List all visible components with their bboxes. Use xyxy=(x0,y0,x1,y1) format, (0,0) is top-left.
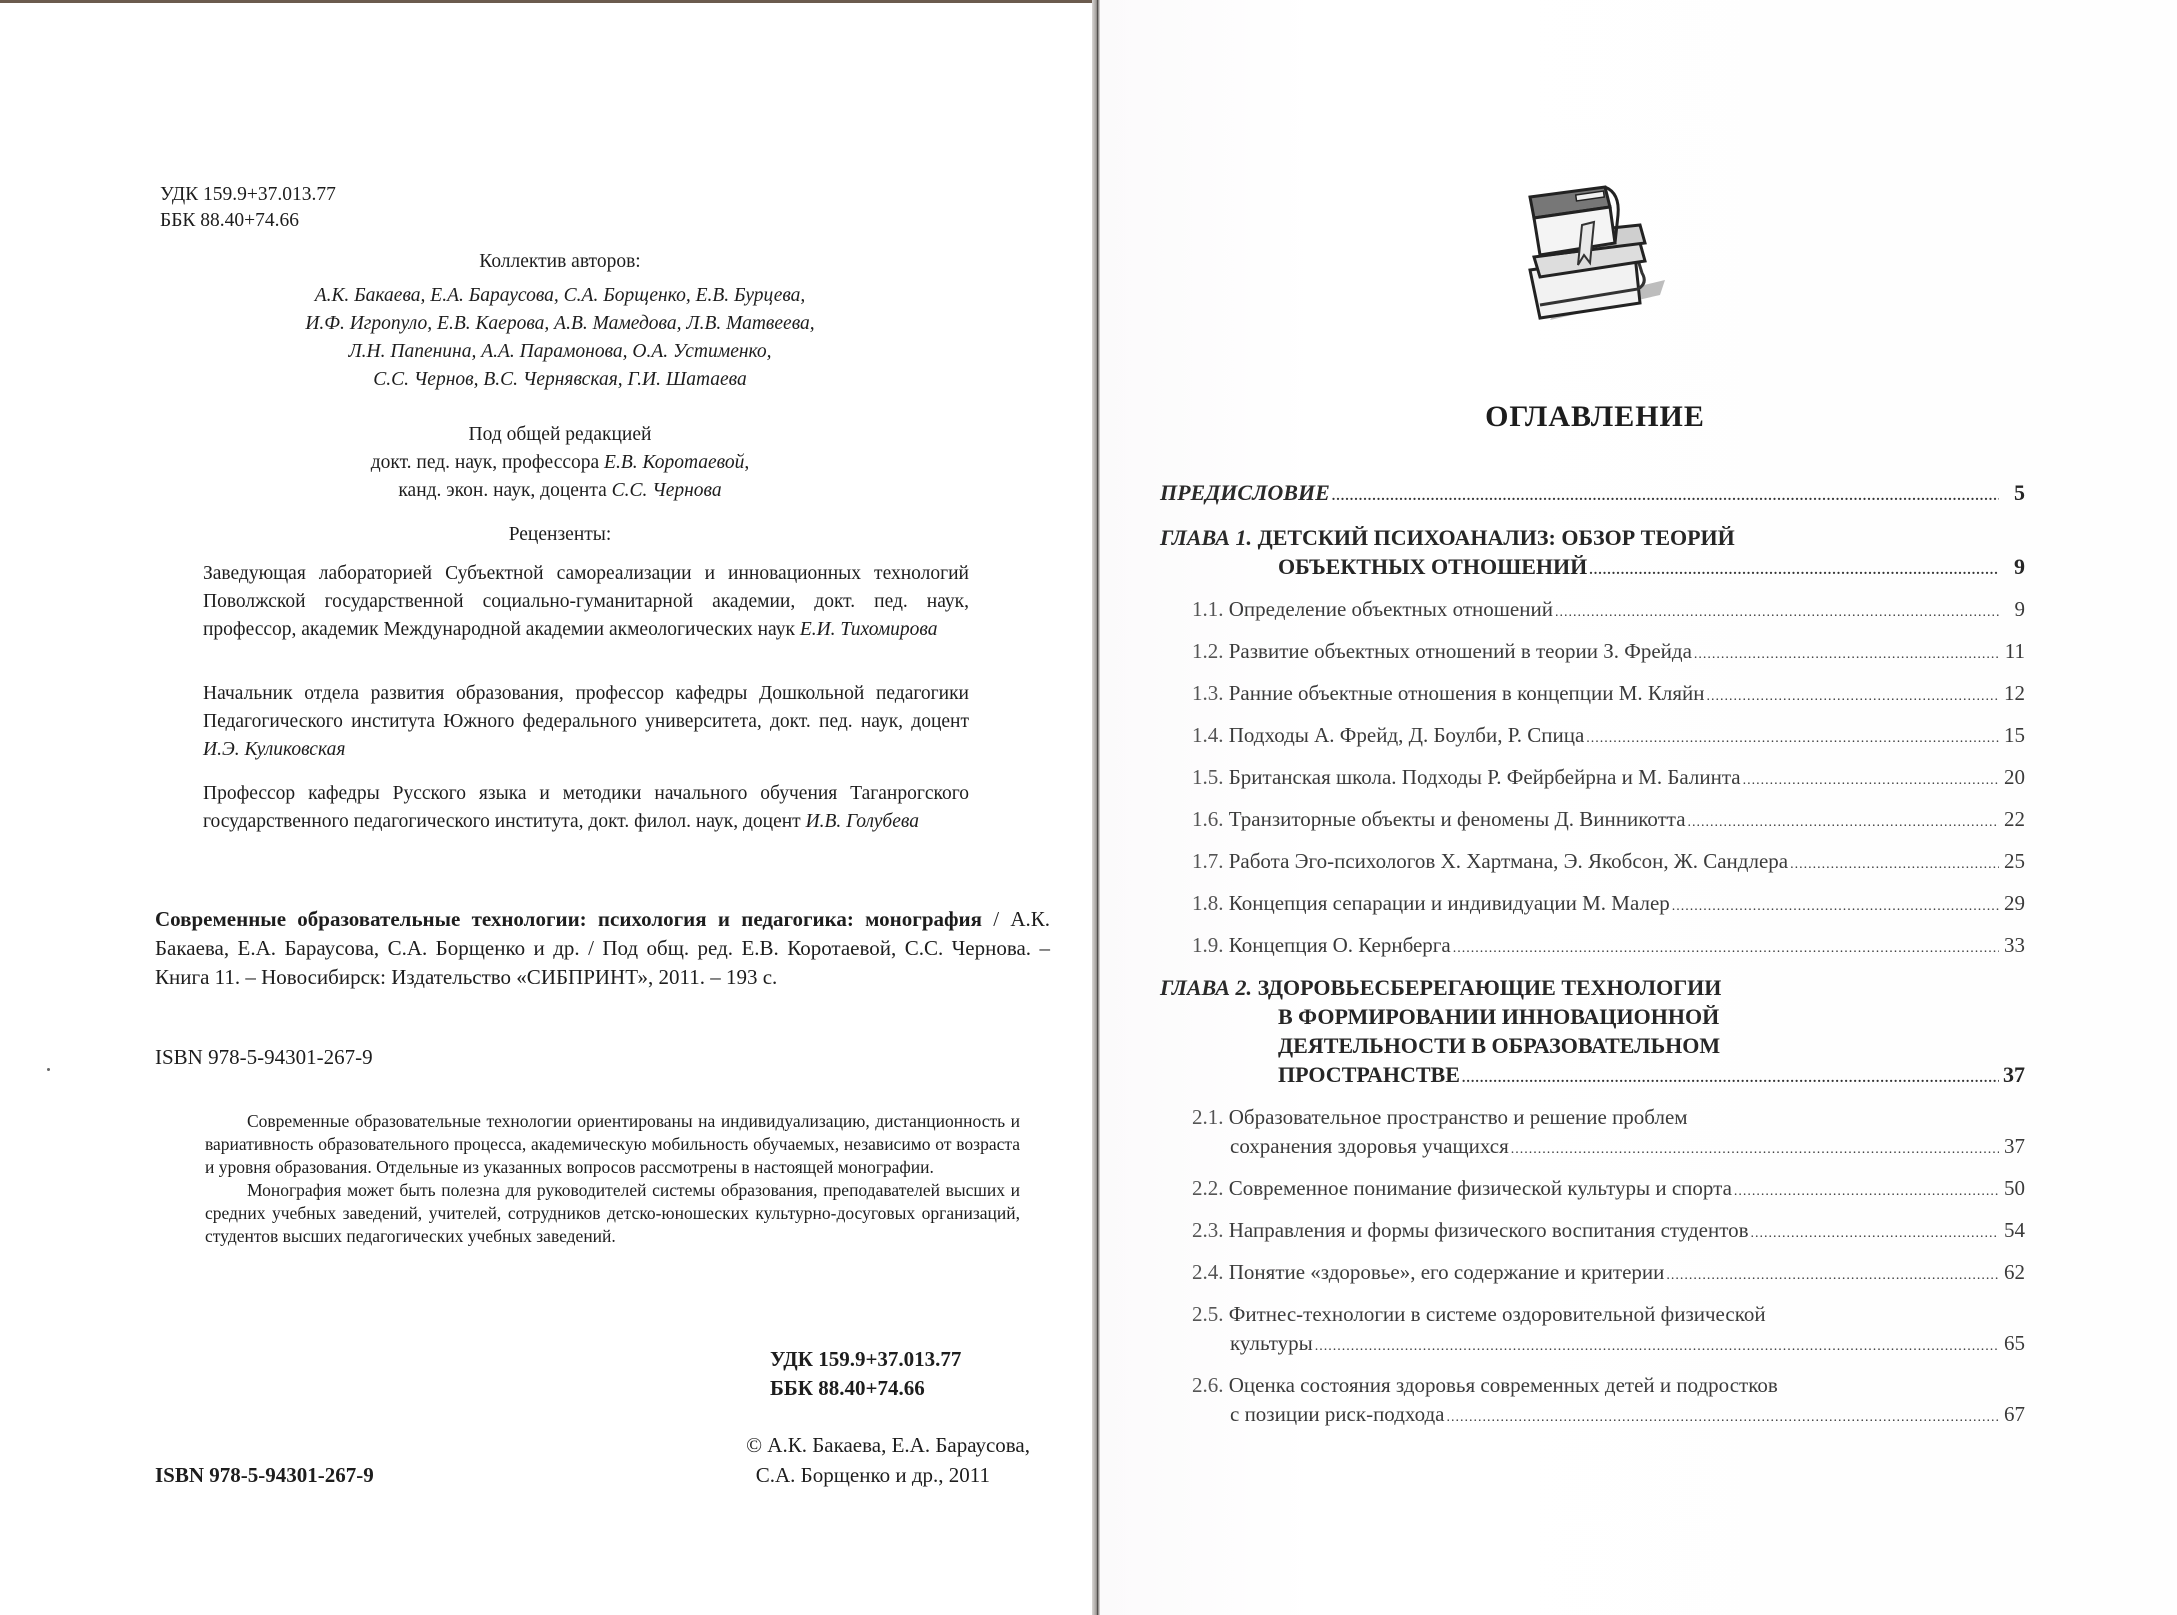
authors-label: Коллектив авторов: xyxy=(160,248,960,276)
scan-speck xyxy=(47,1068,50,1071)
toc-entry[interactable]: 1.9. Концепция О. Кернберга.............… xyxy=(1160,931,2025,963)
toc-title: ОГЛАВЛЕНИЕ xyxy=(1165,400,2025,434)
bbk-code: ББК 88.40+74.66 xyxy=(770,1374,961,1403)
toc-entry[interactable]: 2.4. Понятие «здоровье», его содержание … xyxy=(1160,1258,2025,1290)
toc-entry-title: 2.1. Образовательное пространство и реше… xyxy=(1192,1103,1688,1132)
toc-entry-title: 1.6. Транзиторные объекты и феномены Д. … xyxy=(1192,805,1686,834)
toc-page-number: 5 xyxy=(2001,478,2025,507)
toc-entry-title: ОБЪЕКТНЫХ ОТНОШЕНИЙ xyxy=(1278,552,1587,581)
reviewers-label: Рецензенты: xyxy=(160,521,960,549)
toc-entry-title: 1.2. Развитие объектных отношений в теор… xyxy=(1192,637,1692,666)
reviewer-entry: Профессор кафедры Русского языка и метод… xyxy=(203,780,969,836)
toc-entry-title: культуры xyxy=(1230,1329,1313,1358)
toc-entry-title: с позиции риск-подхода xyxy=(1230,1400,1444,1429)
toc-entry[interactable]: 1.6. Транзиторные объекты и феномены Д. … xyxy=(1160,805,2025,837)
reviewer-entry: Начальник отдела развития образования, п… xyxy=(203,680,969,764)
authors-line: А.К. Бакаева, Е.А. Бараусова, С.А. Борще… xyxy=(160,282,960,310)
toc-leader-dots: ........................................… xyxy=(1511,1135,1999,1164)
toc-page-number: 15 xyxy=(2001,721,2025,750)
toc-page-number: 20 xyxy=(2001,763,2025,792)
toc-entry-title: ГЛАВА 1. ДЕТСКИЙ ПСИХОАНАЛИЗ: ОБЗОР ТЕОР… xyxy=(1160,523,1735,552)
classification-codes: УДК 159.9+37.013.77 ББК 88.40+74.66 xyxy=(160,182,336,234)
toc-entry[interactable]: 1.7. Работа Эго-психологов Х. Хартмана, … xyxy=(1160,847,2025,879)
toc-leader-dots: ........................................… xyxy=(1666,1261,1999,1290)
toc-page-number: 11 xyxy=(2001,637,2025,666)
toc-page-number: 65 xyxy=(2001,1329,2025,1358)
annotation-paragraph: Современные образовательные технологии о… xyxy=(205,1110,1020,1179)
toc-entry[interactable]: 1.2. Развитие объектных отношений в теор… xyxy=(1160,637,2025,669)
toc-entry-title: ПРОСТРАНСТВЕ xyxy=(1278,1060,1460,1089)
toc-page-number: 25 xyxy=(2001,847,2025,876)
toc-entry-title: 2.3. Направления и формы физического вос… xyxy=(1192,1216,1749,1245)
toc-page-number: 12 xyxy=(2001,679,2025,708)
toc-entry[interactable]: 1.3. Ранние объектные отношения в концеп… xyxy=(1160,679,2025,711)
table-of-contents: ПРЕДИСЛОВИЕ.............................… xyxy=(1160,478,2025,1442)
toc-entry[interactable]: ПРЕДИСЛОВИЕ.............................… xyxy=(1160,478,2025,511)
bibliographic-record: Современные образовательные технологии: … xyxy=(155,905,1050,992)
toc-entry-title: сохранения здоровья учащихся xyxy=(1230,1132,1509,1161)
toc-entry[interactable]: 2.1. Образовательное пространство и реше… xyxy=(1160,1103,2025,1164)
toc-entry-title: 1.5. Британская школа. Подходы Р. Фейрбе… xyxy=(1192,763,1741,792)
toc-leader-dots: ........................................… xyxy=(1672,892,1999,921)
toc-leader-dots: ........................................… xyxy=(1586,724,1999,753)
toc-entry-title: 2.4. Понятие «здоровье», его содержание … xyxy=(1192,1258,1664,1287)
toc-leader-dots: ........................................… xyxy=(1453,934,1999,963)
toc-entry[interactable]: ГЛАВА 2. ЗДОРОВЬЕСБЕРЕГАЮЩИЕ ТЕХНОЛОГИИВ… xyxy=(1160,973,2025,1093)
toc-leader-dots: ........................................… xyxy=(1694,640,1999,669)
toc-entry[interactable]: 1.4. Подходы А. Фрейд, Д. Боулби, Р. Спи… xyxy=(1160,721,2025,753)
toc-entry-title: ДЕЯТЕЛЬНОСТИ В ОБРАЗОВАТЕЛЬНОМ xyxy=(1278,1031,1720,1060)
editor-line: докт. пед. наук, профессора Е.В. Коротае… xyxy=(160,449,960,477)
toc-page-number: 9 xyxy=(2001,595,2025,624)
authors-line: Л.Н. Папенина, А.А. Парамонова, О.А. Уст… xyxy=(160,338,960,366)
editors-label: Под общей редакцией xyxy=(160,421,960,449)
authors-list: А.К. Бакаева, Е.А. Бараусова, С.А. Борще… xyxy=(160,282,960,394)
isbn: ISBN 978-5-94301-267-9 xyxy=(155,1045,373,1070)
toc-entry-title: 1.8. Концепция сепарации и индивидуации … xyxy=(1192,889,1670,918)
copyright-line: С.А. Борщенко и др., 2011 xyxy=(600,1460,1030,1490)
toc-entry-title: 1.1. Определение объектных отношений xyxy=(1192,595,1553,624)
toc-leader-dots: ........................................… xyxy=(1589,556,1999,585)
toc-entry[interactable]: 2.3. Направления и формы физического вос… xyxy=(1160,1216,2025,1248)
toc-entry-title: 2.6. Оценка состояния здоровья современн… xyxy=(1192,1371,1778,1400)
toc-entry[interactable]: 1.8. Концепция сепарации и индивидуации … xyxy=(1160,889,2025,921)
toc-page-number: 9 xyxy=(2001,552,2025,581)
toc-leader-dots: ........................................… xyxy=(1462,1064,1999,1093)
toc-page-number: 29 xyxy=(2001,889,2025,918)
toc-leader-dots: ........................................… xyxy=(1734,1177,1999,1206)
toc-entry-title: ПРЕДИСЛОВИЕ xyxy=(1160,478,1330,507)
copyright: © А.К. Бакаева, Е.А. Бараусова, С.А. Бор… xyxy=(600,1430,1030,1490)
toc-entry[interactable]: ГЛАВА 1. ДЕТСКИЙ ПСИХОАНАЛИЗ: ОБЗОР ТЕОР… xyxy=(1160,523,2025,585)
toc-entry[interactable]: 2.2. Современное понимание физической ку… xyxy=(1160,1174,2025,1206)
toc-leader-dots: ........................................… xyxy=(1751,1219,1999,1248)
toc-entry-title: 1.9. Концепция О. Кернберга xyxy=(1192,931,1451,960)
toc-entry-title: 1.3. Ранние объектные отношения в концеп… xyxy=(1192,679,1705,708)
toc-entry-title: В ФОРМИРОВАНИИ ИННОВАЦИОННОЙ xyxy=(1278,1002,1719,1031)
toc-page-number: 54 xyxy=(2001,1216,2025,1245)
authors-line: С.С. Чернов, В.С. Чернявская, Г.И. Шатае… xyxy=(160,366,960,394)
books-stack-icon xyxy=(1520,185,1680,325)
isbn-bold: ISBN 978-5-94301-267-9 xyxy=(155,1463,374,1488)
toc-leader-dots: ........................................… xyxy=(1555,598,1999,627)
toc-leader-dots: ........................................… xyxy=(1707,682,1999,711)
toc-entry-title: 1.4. Подходы А. Фрейд, Д. Боулби, Р. Спи… xyxy=(1192,721,1584,750)
toc-leader-dots: ........................................… xyxy=(1790,850,1999,879)
annotation: Современные образовательные технологии о… xyxy=(205,1110,1020,1248)
udk-code: УДК 159.9+37.013.77 xyxy=(160,182,336,208)
scan-edge xyxy=(0,0,1100,3)
toc-entry-title: 2.5. Фитнес-технологии в системе оздоров… xyxy=(1192,1300,1766,1329)
editor-line: канд. экон. наук, доцента С.С. Чернова xyxy=(160,477,960,505)
left-page: УДК 159.9+37.013.77 ББК 88.40+74.66 Колл… xyxy=(0,0,1097,1615)
toc-leader-dots: ........................................… xyxy=(1446,1403,1999,1432)
toc-leader-dots: ........................................… xyxy=(1315,1332,1999,1361)
editors-block: Под общей редакцией докт. пед. наук, про… xyxy=(160,421,960,505)
toc-entry[interactable]: 1.5. Британская школа. Подходы Р. Фейрбе… xyxy=(1160,763,2025,795)
toc-entry[interactable]: 2.5. Фитнес-технологии в системе оздоров… xyxy=(1160,1300,2025,1361)
toc-page-number: 37 xyxy=(2001,1060,2025,1089)
toc-page-number: 50 xyxy=(2001,1174,2025,1203)
bbk-code: ББК 88.40+74.66 xyxy=(160,208,336,234)
toc-entry[interactable]: 2.6. Оценка состояния здоровья современн… xyxy=(1160,1371,2025,1432)
toc-page-number: 37 xyxy=(2001,1132,2025,1161)
toc-page-number: 67 xyxy=(2001,1400,2025,1429)
toc-entry-title: 1.7. Работа Эго-психологов Х. Хартмана, … xyxy=(1192,847,1788,876)
toc-leader-dots: ........................................… xyxy=(1743,766,1999,795)
toc-entry[interactable]: 1.1. Определение объектных отношений....… xyxy=(1160,595,2025,627)
classification-codes-bold: УДК 159.9+37.013.77 ББК 88.40+74.66 xyxy=(770,1345,961,1403)
toc-entry-title: ГЛАВА 2. ЗДОРОВЬЕСБЕРЕГАЮЩИЕ ТЕХНОЛОГИИ xyxy=(1160,973,1721,1002)
annotation-paragraph: Монография может быть полезна для руково… xyxy=(205,1179,1020,1248)
copyright-line: © А.К. Бакаева, Е.А. Бараусова, xyxy=(600,1430,1030,1460)
toc-entry-title: 2.2. Современное понимание физической ку… xyxy=(1192,1174,1732,1203)
toc-leader-dots: ........................................… xyxy=(1688,808,1999,837)
reviewer-entry: Заведующая лабораторией Субъектной самор… xyxy=(203,560,969,644)
toc-page-number: 62 xyxy=(2001,1258,2025,1287)
udk-code: УДК 159.9+37.013.77 xyxy=(770,1345,961,1374)
toc-page-number: 22 xyxy=(2001,805,2025,834)
toc-leader-dots: ........................................… xyxy=(1332,482,1999,511)
toc-page-number: 33 xyxy=(2001,931,2025,960)
authors-line: И.Ф. Игропуло, Е.В. Каерова, А.В. Мамедо… xyxy=(160,310,960,338)
